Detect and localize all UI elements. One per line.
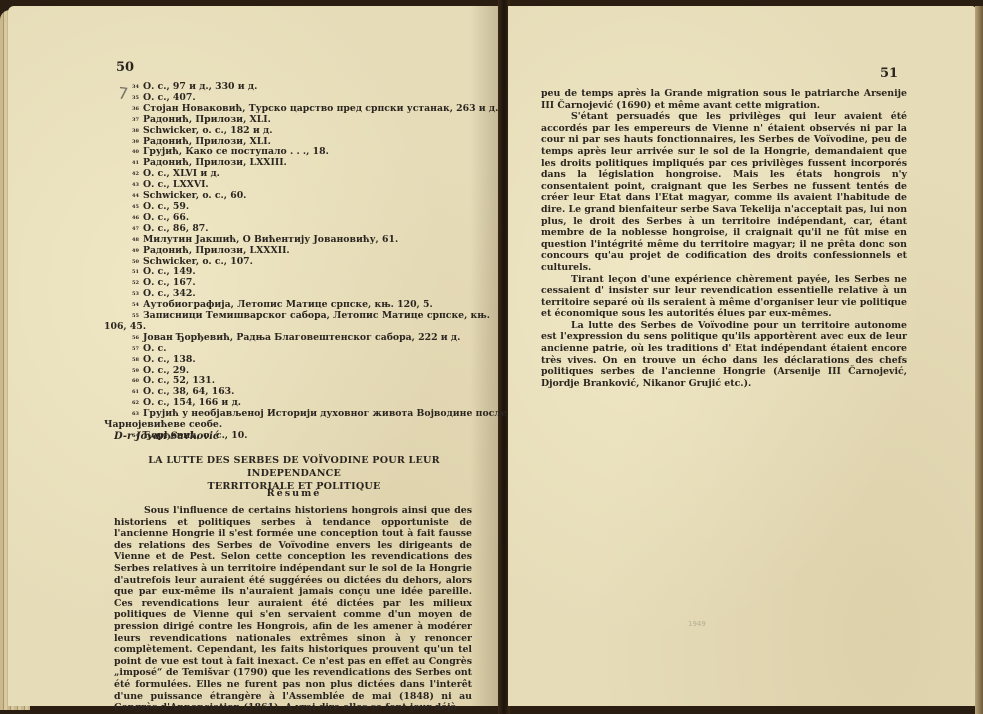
footnote-text: О. с., 342. <box>143 288 196 299</box>
paragraph: S'étant persuadés que les privilèges qui… <box>541 111 907 273</box>
page-number-right: 51 <box>880 66 898 81</box>
footnote-number: 38 <box>132 128 139 134</box>
footnote-number: 40 <box>132 149 139 155</box>
right-page-body: peu de temps après la Grande migration s… <box>541 88 907 389</box>
footnote-number: 57 <box>132 346 139 352</box>
footnote-text: Радонић, Прилози, LXXIII. <box>143 157 287 168</box>
footnote-number: 62 <box>132 400 139 406</box>
footnote-text: О. с. <box>143 343 166 354</box>
footnote-number: 61 <box>132 389 139 395</box>
footnote-number: 58 <box>132 357 139 363</box>
footnote-text: О. с., 407. <box>143 92 196 103</box>
footnote-text: О. с., 97 и д., 330 и д. <box>143 81 257 92</box>
footnote-number: 44 <box>132 193 139 199</box>
footnote-number: 45 <box>132 204 139 210</box>
footnote-number: 36 <box>132 106 139 112</box>
footnote-item: 56Јован Ђорђевић, Радња Благовештенског … <box>132 333 477 344</box>
footnote-number: 41 <box>132 160 139 166</box>
footnote-number: 53 <box>132 291 139 297</box>
paragraph: La lutte des Serbes de Voïvodine pour un… <box>541 320 907 390</box>
footnote-number: 50 <box>132 259 139 265</box>
footnote-number: 60 <box>132 378 139 384</box>
pencil-note: 1949 <box>688 620 706 628</box>
footnote-text: О. с., 149. <box>143 266 196 277</box>
resume-heading: Résumé <box>110 488 478 499</box>
footnote-number: 63 <box>132 411 139 417</box>
footnote-text: Schwicker, o. c., 60. <box>143 190 246 201</box>
footnote-number: 52 <box>132 280 139 286</box>
footnote-text: Радонић, Прилози, XLI. <box>143 114 271 125</box>
footnote-number: 59 <box>132 368 139 374</box>
footnote-text: Аутобиографија, Летопис Матице српске, к… <box>143 299 433 310</box>
book-spread: 50 7 34О. с., 97 и д., 330 и д.35О. с., … <box>0 0 983 714</box>
footnote-text: О. с., LXXVI. <box>143 179 209 190</box>
footnote-text: Јован Ђорђевић, Радња Благовештенског са… <box>143 332 460 343</box>
footnote-text: О. с., 52, 131. <box>143 375 215 386</box>
resume-body: Sous l'influence de certains historiens … <box>114 505 472 714</box>
footnote-text: О. с., XLVI и д. <box>143 168 220 179</box>
footnote-number: 35 <box>132 95 139 101</box>
footnote-text: О. с., 167. <box>143 277 196 288</box>
footnote-text: Грујић у необјављеној Историји духовног … <box>143 408 507 419</box>
footnote-number: 46 <box>132 215 139 221</box>
paragraph: Sous l'influence de certains historiens … <box>114 505 472 714</box>
paragraph: Tirant leçon d'une expérience chèrement … <box>541 274 907 320</box>
footnote-number: 56 <box>132 335 139 341</box>
margin-pencil-mark: 7 <box>117 84 129 104</box>
footnote-number: 51 <box>132 269 139 275</box>
footnote-number: 55 <box>132 313 139 319</box>
title-line-1: LA LUTTE DES SERBES DE VOÏVODINE POUR LE… <box>110 454 478 480</box>
footnote-item: 55Записници Темишварског сабора, Летопис… <box>132 311 477 322</box>
page-number-left: 50 <box>116 60 134 75</box>
footnote-number: 48 <box>132 237 139 243</box>
footnote-number: 39 <box>132 139 139 145</box>
footnote-number: 49 <box>132 248 139 254</box>
footnote-text: Schwicker, o. c., 182 и д. <box>143 125 272 136</box>
footnote-number: 34 <box>132 84 139 90</box>
footnote-text: О. с., 38, 64, 163. <box>143 386 234 397</box>
footnote-number: 54 <box>132 302 139 308</box>
footnote-text: Грујић, Како се поступало . . ., 18. <box>143 146 329 157</box>
footnote-text: Стојан Новаковић, Турско царство пред ср… <box>143 103 498 114</box>
footnote-text: Радонић, Прилози, LXXXII. <box>143 245 290 256</box>
footnotes-list: 34О. с., 97 и д., 330 и д.35О. с., 407.3… <box>132 82 477 442</box>
footnote-text: Милутин Јакшић, О Вићентију Јовановићу, … <box>143 234 398 245</box>
footnote-text: О. с., 138. <box>143 354 196 365</box>
footnote-number: 42 <box>132 171 139 177</box>
footnote-text: Записници Темишварског сабора, Летопис М… <box>143 310 490 321</box>
footnote-number: 47 <box>132 226 139 232</box>
footnote-text: О. с., 29. <box>143 365 189 376</box>
footnote-number: 43 <box>132 182 139 188</box>
footnote-text: О. с., 66. <box>143 212 189 223</box>
article-author: D-r Jovan Savković <box>114 431 219 442</box>
paragraph: peu de temps après la Grande migration s… <box>541 88 907 111</box>
footnote-text: О. с., 59. <box>143 201 189 212</box>
right-page-edge <box>975 6 983 714</box>
footnote-text: Радонић, Прилози, XLI. <box>143 136 271 147</box>
footnote-text: О. с., 154, 166 и д. <box>143 397 241 408</box>
footnote-text: О. с., 86, 87. <box>143 223 209 234</box>
footnote-number: 37 <box>132 117 139 123</box>
footnote-text: Schwicker, o. c., 107. <box>143 256 253 267</box>
